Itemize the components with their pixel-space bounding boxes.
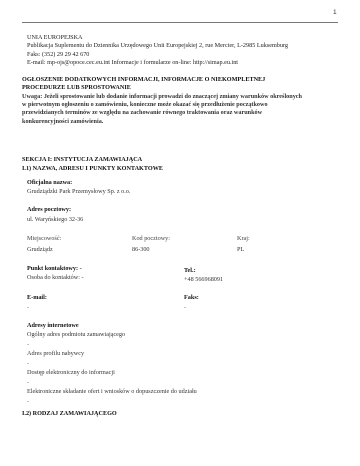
notice-block: OGŁOSZENIE DODATKOWYCH INFORMACJI, INFOR… bbox=[22, 76, 342, 126]
publisher-fax: Faks: (352) 29 29 42 670 bbox=[27, 51, 347, 59]
city-value: Grudziądz bbox=[27, 246, 53, 254]
electronic-submission-value: - bbox=[27, 398, 29, 406]
notice-note-3: przewidzianych terminów ze względu na za… bbox=[22, 109, 342, 117]
header-rule bbox=[22, 22, 338, 23]
publisher-email: E-mail: mp-ojs@opoce.cec.eu.int Informac… bbox=[27, 59, 347, 67]
buyer-profile-value: - bbox=[27, 360, 29, 368]
electronic-submission-label: Elektroniczne składanie ofert i wniosków… bbox=[27, 388, 197, 396]
publication-address: Publikacja Suplementu do Dziennika Urzęd… bbox=[27, 42, 347, 50]
org-name: UNIA EUROPEJSKA bbox=[27, 34, 347, 42]
contact-person: Osoba do kontaktów: - bbox=[27, 274, 84, 282]
buyer-profile-label: Adres profilu nabywcy bbox=[27, 350, 84, 358]
city-label: Miejscowość: bbox=[27, 235, 61, 243]
postcode-label: Kod pocztowy: bbox=[132, 235, 170, 243]
notice-note-2: w pierwotnym ogłoszeniu o zamówieniu, ko… bbox=[22, 101, 342, 109]
publisher-header: UNIA EUROPEJSKA Publikacja Suplementu do… bbox=[27, 34, 347, 67]
tel-label: Tel.: bbox=[184, 267, 196, 275]
postcode-value: 86-300 bbox=[132, 246, 150, 254]
postal-address-value: ul. Waryńskiego 32-36 bbox=[27, 216, 83, 224]
email-value: - bbox=[27, 304, 29, 312]
email-label: E-mail: bbox=[27, 294, 47, 302]
section-1-2-title: I.2) RODZAJ ZAMAWIAJĄCEGO bbox=[22, 410, 342, 418]
official-name-label: Oficjalna nazwa: bbox=[27, 179, 72, 187]
section-subtitle: I.1) NAZWA, ADRESU I PUNKTY KONTAKTOWE bbox=[22, 165, 342, 173]
electronic-access-label: Dostęp elektroniczny do informacji bbox=[27, 369, 115, 377]
general-address-label: Ogólny adres podmiotu zamawiającego bbox=[27, 331, 125, 339]
notice-note-1: Uwaga: Jeżeli sprostowanie lub dodanie i… bbox=[22, 93, 342, 101]
fax-value: - bbox=[184, 304, 186, 312]
official-name-value: Grudziądzki Park Przemysłowy Sp. z o.o. bbox=[27, 188, 130, 196]
notice-note-4: konkurencyjności zamówienia. bbox=[22, 118, 342, 126]
notice-title-2: PROCEDURZE LUB SPROSTOWANIE bbox=[22, 84, 342, 92]
postal-address-label: Adres pocztowy: bbox=[27, 206, 71, 214]
country-label: Kraj: bbox=[237, 235, 250, 243]
country-value: PL bbox=[237, 246, 244, 254]
page-number: 1 bbox=[333, 9, 337, 18]
contact-point-label: Punkt kontaktowy: - bbox=[27, 265, 82, 273]
general-address-value: - bbox=[27, 341, 29, 349]
electronic-access-value: - bbox=[27, 379, 29, 387]
internet-addresses-label: Adresy internetowe bbox=[27, 322, 79, 330]
section-title: SEKCJA I: INSTYTUCJA ZAMAWIAJĄCA bbox=[22, 156, 342, 164]
tel-value: +48 566968091 bbox=[184, 276, 223, 284]
fax-label: Faks: bbox=[184, 294, 199, 302]
notice-title-1: OGŁOSZENIE DODATKOWYCH INFORMACJI, INFOR… bbox=[22, 76, 342, 84]
